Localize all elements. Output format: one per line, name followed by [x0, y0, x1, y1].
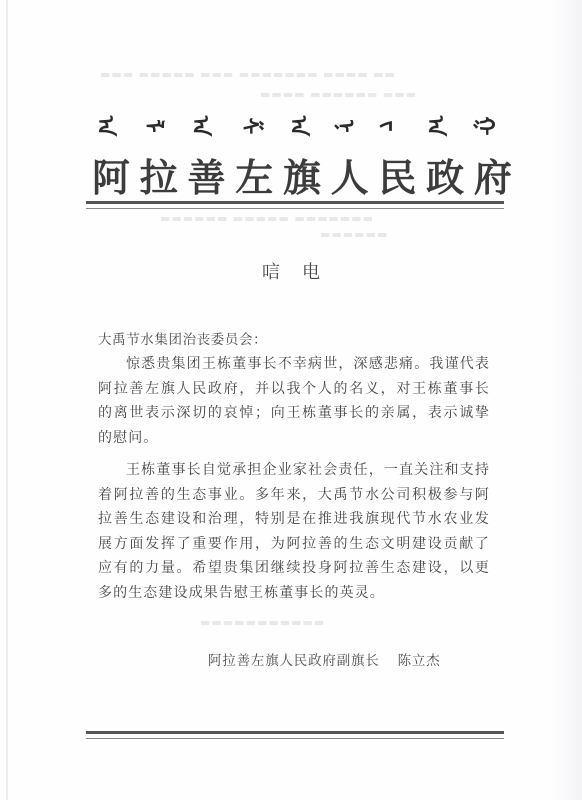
scan-shadow: [552, 0, 582, 800]
mongolian-glyph: ᠠ: [285, 116, 323, 136]
mongolian-glyph: ᠨ: [332, 119, 370, 132]
bleed-through-text: ▬▬▬▬▬▬ ▬▬▬▬▬ ▬▬▬▬▬▬▬: [160, 212, 374, 225]
bleed-through-text: ▬▬▬▬▬▬▬▬▬▬▬: [200, 616, 325, 629]
scanned-letter-page: ▬▬▬ ▬▬▬▬▬ ▬▬▬ ▬▬▬▬▬▬▬ ▬▬▬▬ ▬▬ ▬▬▬▬ ▬▬▬▬▬…: [0, 0, 582, 800]
title-char: 阿: [92, 156, 130, 200]
mongolian-glyph: ᠯ: [139, 119, 177, 132]
title-char: 左: [235, 156, 273, 200]
document-title: 唁电: [0, 258, 582, 284]
mongolian-glyph: ᠭ: [472, 117, 510, 136]
bleed-through-text: ▬▬▬▬ ▬▬▬▬▬▬ ▬▬▬: [260, 88, 417, 101]
title-char: 府: [474, 156, 512, 200]
organization-title: 阿 拉 善 左 旗 人 民 政 府: [92, 156, 512, 200]
salutation: 大禹节水集团治丧委员会：: [98, 328, 267, 348]
header-divider: [86, 201, 504, 209]
letter-body: 惊悉贵集团王栋董事长不幸病世，深感悲痛。我谨代表阿拉善左旗人民政府，并以我个人的…: [98, 352, 490, 613]
mongolian-glyph: ᠵ: [375, 121, 413, 132]
footer-divider: [86, 731, 504, 739]
title-char: 民: [378, 156, 416, 200]
signature-block: 阿拉善左旗人民政府副旗长陈立杰: [208, 649, 441, 669]
signatory-title: 阿拉善左旗人民政府副旗长: [208, 653, 380, 669]
signatory-name: 陈立杰: [398, 653, 441, 669]
title-char: 政: [426, 156, 464, 200]
scan-edge: [6, 0, 8, 800]
mongolian-glyph: ᠠ: [186, 116, 224, 136]
body-paragraph: 惊悉贵集团王栋董事长不幸病世，深感悲痛。我谨代表阿拉善左旗人民政府，并以我个人的…: [98, 352, 490, 450]
mongolian-glyph: ᠠ: [421, 116, 459, 136]
title-char: 旗: [283, 156, 321, 200]
title-char: 善: [187, 156, 225, 200]
mongolian-letterhead: ᠠ ᠯ ᠠ ᠱ ᠠ ᠨ ᠵ ᠠ ᠭ: [100, 107, 500, 159]
body-paragraph: 王栋董事长自觉承担企业家社会责任，一直关注和支持着阿拉善的生态事业。多年来，大禹…: [98, 458, 490, 605]
mongolian-glyph: ᠱ: [235, 118, 273, 135]
title-char: 人: [331, 156, 369, 200]
title-char: 拉: [140, 156, 178, 200]
bleed-through-text: ▬▬▬▬▬▬: [320, 228, 388, 241]
bleed-through-text: ▬▬▬ ▬▬▬▬▬ ▬▬▬ ▬▬▬▬▬▬▬ ▬▬▬▬ ▬▬: [100, 68, 396, 81]
mongolian-glyph: ᠠ: [91, 116, 129, 136]
